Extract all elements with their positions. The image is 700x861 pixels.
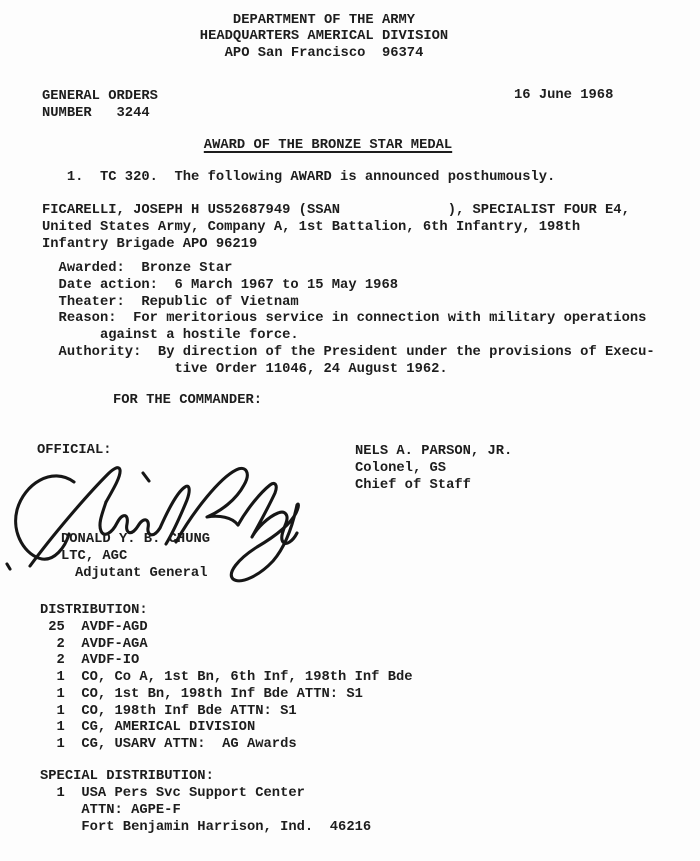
order-date: 16 June 1968	[514, 88, 613, 105]
distribution-destination: CO, Co A, 1st Bn, 6th Inf, 198th Inf Bde	[81, 670, 412, 685]
copy-count: 1	[40, 786, 65, 803]
distribution-destination: CG, USARV ATTN: AG Awards	[81, 737, 296, 752]
header-department-line: DEPARTMENT OF THE ARMY	[0, 13, 648, 29]
distribution-row: 1CG, AMERICAL DIVISION	[40, 720, 413, 737]
special-destination-line: USA Pers Svc Support Center	[81, 786, 305, 801]
awarded-line: Awarded: Bronze Star	[42, 261, 655, 278]
signer-rank: LTC, AGC	[61, 549, 210, 566]
special-distribution-heading: SPECIAL DISTRIBUTION:	[40, 769, 371, 786]
copy-count: 25	[40, 620, 65, 637]
special-distribution-block: SPECIAL DISTRIBUTION: 1USA Pers Svc Supp…	[40, 769, 371, 837]
general-orders-block: GENERAL ORDERS NUMBER 3244	[42, 88, 158, 122]
distribution-row: 2AVDF-IO	[40, 653, 413, 670]
distribution-destination: CO, 1st Bn, 198th Inf Bde ATTN: S1	[81, 687, 363, 702]
distribution-destination: AVDF-AGD	[81, 620, 147, 635]
chief-rank: Colonel, GS	[355, 460, 512, 477]
special-address-line: Fort Benjamin Harrison, Ind. 46216	[81, 820, 371, 837]
recipient-unit-line: United States Army, Company A, 1st Batta…	[42, 220, 630, 237]
reason-line: Reason: For meritorious service in conne…	[42, 311, 655, 328]
distribution-row: 25AVDF-AGD	[40, 620, 413, 637]
award-details-block: Awarded: Bronze Star Date action: 6 Marc…	[42, 261, 655, 378]
distribution-destination: AVDF-IO	[81, 653, 139, 668]
signer-title: Adjutant General	[75, 566, 210, 583]
distribution-destination: CG, AMERICAL DIVISION	[81, 720, 255, 735]
title-row: AWARD OF THE BRONZE STAR MEDAL	[0, 138, 656, 155]
chief-title: Chief of Staff	[355, 477, 512, 494]
distribution-row: 2AVDF-AGA	[40, 637, 413, 654]
copy-count: 1	[40, 670, 65, 687]
recipient-name-line: FICARELLI, JOSEPH H US52687949 (SSAN ), …	[42, 203, 630, 220]
distribution-destination: AVDF-AGA	[81, 637, 147, 652]
theater-line: Theater: Republic of Vietnam	[42, 295, 655, 312]
distribution-row: 1CO, Co A, 1st Bn, 6th Inf, 198th Inf Bd…	[40, 670, 413, 687]
copy-count: 2	[40, 637, 65, 654]
authority-line: Authority: By direction of the President…	[42, 345, 655, 362]
chief-name: NELS A. PARSON, JR.	[355, 443, 512, 460]
recipient-block: FICARELLI, JOSEPH H US52687949 (SSAN ), …	[42, 203, 630, 254]
header-apo-line: APO San Francisco 96374	[0, 46, 648, 62]
copy-count: 1	[40, 687, 65, 704]
distribution-row: 1CO, 1st Bn, 198th Inf Bde ATTN: S1	[40, 687, 413, 704]
distribution-block: DISTRIBUTION: 25AVDF-AGD 2AVDF-AGA 2AVDF…	[40, 603, 413, 754]
distribution-row: 1CG, USARV ATTN: AG Awards	[40, 737, 413, 754]
for-the-commander-line: FOR THE COMMANDER:	[113, 393, 262, 410]
opening-paragraph: 1. TC 320. The following AWARD is announ…	[42, 170, 555, 187]
recipient-brigade-line: Infantry Brigade APO 96219	[42, 237, 630, 254]
date-action-line: Date action: 6 March 1967 to 15 May 1968	[42, 278, 655, 295]
distribution-row: 1CO, 198th Inf Bde ATTN: S1	[40, 704, 413, 721]
authority-continuation-line: tive Order 11046, 24 August 1962.	[42, 362, 655, 379]
copy-count: 2	[40, 653, 65, 670]
document-header: DEPARTMENT OF THE ARMY HEADQUARTERS AMER…	[0, 13, 648, 62]
document-title: AWARD OF THE BRONZE STAR MEDAL	[204, 138, 452, 153]
special-distribution-row: 1USA Pers Svc Support Center	[40, 786, 371, 803]
official-label: OFFICIAL:	[37, 443, 112, 460]
special-attn-line: ATTN: AGPE-F	[81, 803, 371, 820]
copy-count: 1	[40, 720, 65, 737]
general-orders-label: GENERAL ORDERS	[42, 88, 158, 105]
header-headquarters-line: HEADQUARTERS AMERICAL DIVISION	[0, 29, 648, 45]
signer-block: DONALD Y. B. CHUNG LTC, AGC Adjutant Gen…	[61, 532, 210, 582]
scanned-document-page: DEPARTMENT OF THE ARMY HEADQUARTERS AMER…	[0, 0, 700, 861]
copy-count: 1	[40, 704, 65, 721]
chief-of-staff-block: NELS A. PARSON, JR. Colonel, GS Chief of…	[355, 443, 512, 495]
distribution-destination: CO, 198th Inf Bde ATTN: S1	[81, 704, 296, 719]
order-number: NUMBER 3244	[42, 105, 158, 122]
copy-count: 1	[40, 737, 65, 754]
signer-name: DONALD Y. B. CHUNG	[61, 532, 210, 549]
reason-continuation-line: against a hostile force.	[42, 328, 655, 345]
distribution-heading: DISTRIBUTION:	[40, 603, 413, 620]
